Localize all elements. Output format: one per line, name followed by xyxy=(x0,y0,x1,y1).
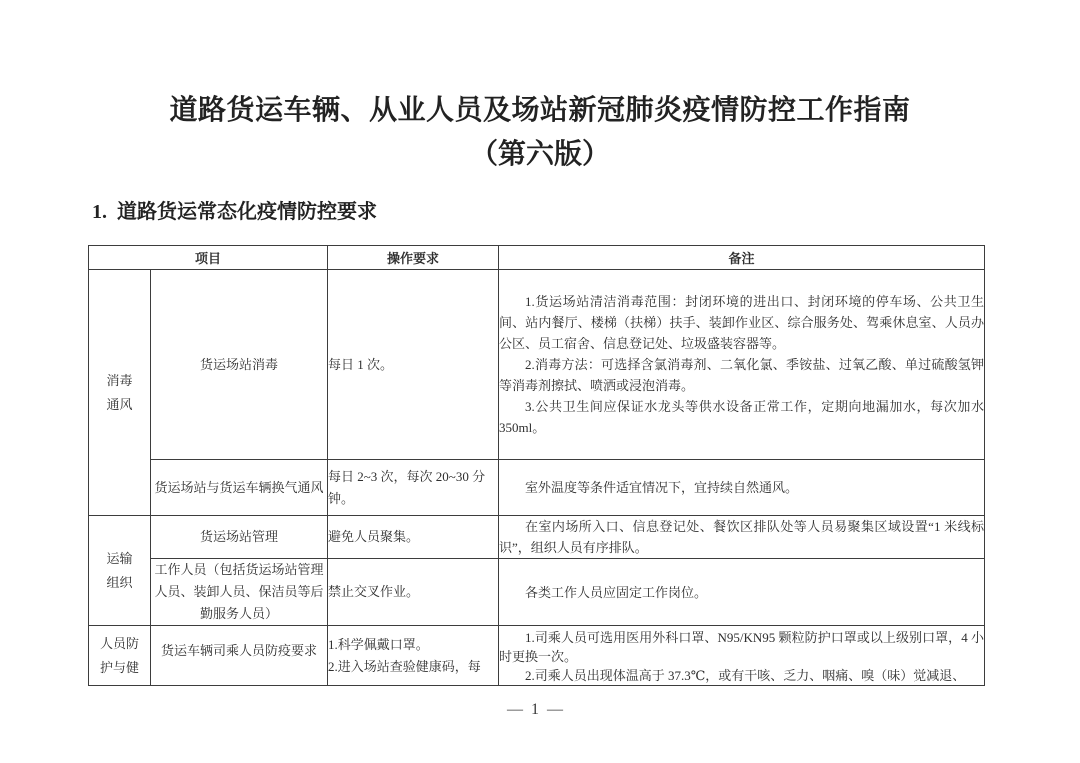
remark-paragraph: 在室内场所入口、信息登记处、餐饮区排队处等人员易聚集区域设置“1 米线标识”，组… xyxy=(499,516,984,558)
remark-cell: 在室内场所入口、信息登记处、餐饮区排队处等人员易聚集区域设置“1 米线标识”，组… xyxy=(499,516,985,559)
remark-cell: 室外温度等条件适宜情况下，宜持续自然通风。 xyxy=(499,460,985,516)
operation-cell: 禁止交叉作业。 xyxy=(328,559,499,626)
page-number: — 1 — xyxy=(88,701,984,719)
table-row-page-break: 人员防 护与健 货运车辆司乘人员防疫要求 1.科学佩戴口罩。 2.进入场站查验健… xyxy=(89,626,985,686)
item-cell: 货运场站与货运车辆换气通风 xyxy=(151,460,328,516)
remark-cell: 1.司乘人员可选用医用外科口罩、N95/KN95 颗粒防护口罩或以上级别口罩，4… xyxy=(499,626,985,686)
remark-paragraph: 3.公共卫生间应保证水龙头等供水设备正常工作，定期向地漏加水，每次加水 350m… xyxy=(499,396,984,438)
prevention-requirements-table: 项目 操作要求 备注 消毒 通风 货运场站消毒 每日 1 次。 1.货运场站清洁… xyxy=(88,245,985,686)
remark-cell: 各类工作人员应固定工作岗位。 xyxy=(499,559,985,626)
remark-paragraph: 1.货运场站清洁消毒范围：封闭环境的进出口、封闭环境的停车场、公共卫生间、站内餐… xyxy=(499,291,984,354)
operation-paragraph: 2.进入场站查验健康码，每 xyxy=(328,656,498,678)
header-cell-remark: 备注 xyxy=(499,246,985,270)
item-cell: 工作人员（包括货运场站管理人员、装卸人员、保洁员等后勤服务人员） xyxy=(151,559,328,626)
table-row: 工作人员（包括货运场站管理人员、装卸人员、保洁员等后勤服务人员） 禁止交叉作业。… xyxy=(89,559,985,626)
remark-paragraph: 2.司乘人员出现体温高于 37.3℃，或有干咳、乏力、咽痛、嗅（味）觉减退、 xyxy=(499,666,984,685)
remark-paragraph: 1.司乘人员可选用医用外科口罩、N95/KN95 颗粒防护口罩或以上级别口罩，4… xyxy=(499,628,984,666)
operation-cell: 每日 2~3 次，每次 20~30 分钟。 xyxy=(328,460,499,516)
section-title: 道路货运常态化疫情防控要求 xyxy=(117,201,377,223)
operation-cell: 每日 1 次。 xyxy=(328,270,499,460)
item-cell: 货运车辆司乘人员防疫要求 xyxy=(151,626,328,686)
remark-cell: 1.货运场站清洁消毒范围：封闭环境的进出口、封闭环境的停车场、公共卫生间、站内餐… xyxy=(499,270,985,460)
operation-cell: 避免人员聚集。 xyxy=(328,516,499,559)
group-cell-disinfection-ventilation: 消毒 通风 xyxy=(89,270,151,516)
group-cell-personnel-protection: 人员防 护与健 xyxy=(89,626,151,686)
remark-paragraph: 室外温度等条件适宜情况下，宜持续自然通风。 xyxy=(499,477,984,498)
document-title: 道路货运车辆、从业人员及场站新冠肺炎疫情防控工作指南 xyxy=(0,94,1080,128)
table-row: 运输 组织 货运场站管理 避免人员聚集。 在室内场所入口、信息登记处、餐饮区排队… xyxy=(89,516,985,559)
section-heading: 1.道路货运常态化疫情防控要求 xyxy=(92,200,1080,224)
document-page: 道路货运车辆、从业人员及场站新冠肺炎疫情防控工作指南 （第六版） 1.道路货运常… xyxy=(0,0,1080,763)
section-number: 1. xyxy=(92,201,107,223)
table-row: 消毒 通风 货运场站消毒 每日 1 次。 1.货运场站清洁消毒范围：封闭环境的进… xyxy=(89,270,985,460)
header-cell-item: 项目 xyxy=(89,246,328,270)
table-row: 货运场站与货运车辆换气通风 每日 2~3 次，每次 20~30 分钟。 室外温度… xyxy=(89,460,985,516)
table-header-row: 项目 操作要求 备注 xyxy=(89,246,985,270)
document-subtitle: （第六版） xyxy=(0,138,1080,172)
group-cell-transport-organization: 运输 组织 xyxy=(89,516,151,626)
operation-paragraph: 1.科学佩戴口罩。 xyxy=(328,634,498,656)
remark-paragraph: 2.消毒方法：可选择含氯消毒剂、二氧化氯、季铵盐、过氧乙酸、单过硫酸氢钾等消毒剂… xyxy=(499,354,984,396)
operation-cell: 1.科学佩戴口罩。 2.进入场站查验健康码，每 xyxy=(328,626,499,686)
item-cell: 货运场站消毒 xyxy=(151,270,328,460)
remark-paragraph: 各类工作人员应固定工作岗位。 xyxy=(499,582,984,603)
item-cell: 货运场站管理 xyxy=(151,516,328,559)
header-cell-operation: 操作要求 xyxy=(328,246,499,270)
